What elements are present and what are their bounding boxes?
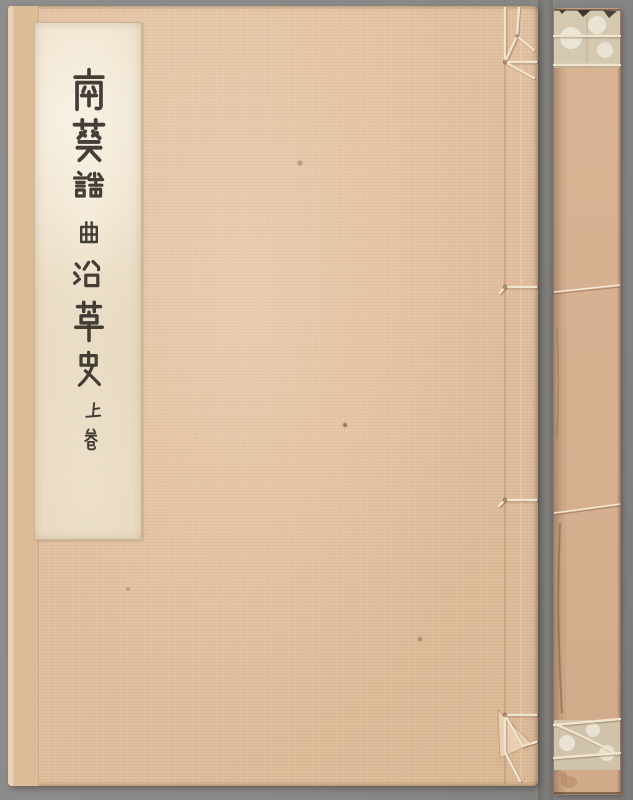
spine-stain xyxy=(554,772,620,793)
spine-top-patch xyxy=(554,10,620,68)
binding-overlay xyxy=(8,6,538,786)
spine-crease-lines xyxy=(554,285,620,713)
photo-canvas: 南 葵 xyxy=(0,0,633,800)
book-cover: 南 葵 xyxy=(8,6,538,786)
book-spine-gap-shadow xyxy=(538,0,553,800)
spine-strip-overlay xyxy=(553,8,621,795)
spine-strip xyxy=(553,8,621,795)
binding-crease-line xyxy=(505,8,521,784)
